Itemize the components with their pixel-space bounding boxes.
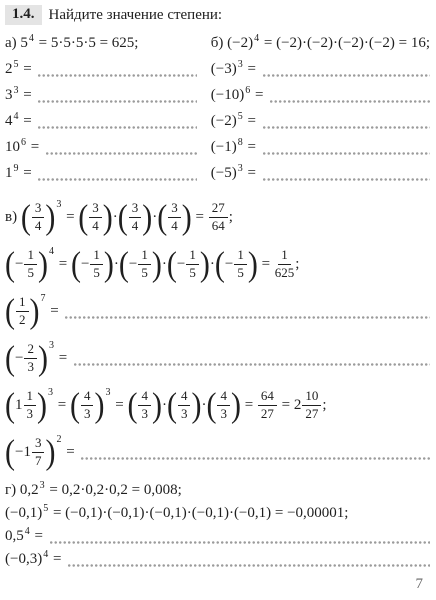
fraction-denominator: 5 xyxy=(237,265,244,281)
math-text: = xyxy=(55,256,71,273)
fraction-numerator: 4 xyxy=(81,389,94,406)
math-line: 0,54 = xyxy=(5,525,430,548)
math-text: − xyxy=(15,350,23,367)
big-paren-close: ) xyxy=(182,200,192,235)
big-paren-open: ( xyxy=(119,247,129,282)
math-text: = xyxy=(244,139,260,156)
fraction-denominator: 4 xyxy=(35,218,42,234)
exponent: 7 xyxy=(41,293,46,304)
fraction: 6427 xyxy=(258,389,277,421)
math-text: (−1) xyxy=(211,139,237,156)
math-text: = xyxy=(54,397,70,414)
answer-dots xyxy=(74,363,430,366)
exponent: 3 xyxy=(56,199,61,210)
exponent: 3 xyxy=(238,163,243,174)
math-text: = xyxy=(20,61,36,78)
exponent: 4 xyxy=(14,111,19,122)
math-text: = xyxy=(62,444,78,461)
big-paren-close: ) xyxy=(142,200,152,235)
exponent: 4 xyxy=(25,526,30,537)
fraction-numerator: 27 xyxy=(209,201,228,218)
exercise-title: Найдите значение степени: xyxy=(49,7,223,24)
math-text: = xyxy=(49,551,65,568)
math-text: ; xyxy=(229,209,233,226)
big-paren-open: ( xyxy=(5,247,15,282)
math-text: − xyxy=(129,256,137,273)
fraction-denominator: 5 xyxy=(141,265,148,281)
fraction-denominator: 625 xyxy=(275,265,295,281)
section-g: г) 0,23 = 0,2·0,2·0,2 = 0,008;(−0,1)5 = … xyxy=(5,479,430,571)
fraction-denominator: 3 xyxy=(27,359,34,375)
math-text: = 0,2·0,2·0,2 = 0,008; xyxy=(46,482,182,499)
answer-dots xyxy=(38,126,196,129)
big-paren-close: ) xyxy=(200,247,210,282)
fraction-denominator: 3 xyxy=(181,406,188,422)
math-line: 33 = xyxy=(5,82,197,108)
math-text: = (−0,1)·(−0,1)·(−0,1)·(−0,1)·(−0,1) = −… xyxy=(49,505,348,522)
math-text: ; xyxy=(295,256,299,273)
big-paren-open: ( xyxy=(167,247,177,282)
exponent: 3 xyxy=(40,480,45,491)
answer-dots xyxy=(68,564,430,567)
math-text: − xyxy=(177,256,185,273)
fraction-numerator: 4 xyxy=(138,389,151,406)
answer-dots xyxy=(263,152,430,155)
math-text: = 2 xyxy=(278,397,301,414)
fraction: 1625 xyxy=(275,248,295,280)
fraction-numerator: 1 xyxy=(90,248,103,265)
math-text: = 5·5·5·5 = 625; xyxy=(35,35,139,52)
math-text: 2 xyxy=(5,61,13,78)
fraction-numerator: 2 xyxy=(24,342,37,359)
math-text: 1 xyxy=(15,397,23,414)
fraction: 2764 xyxy=(209,201,228,233)
big-paren-close: ) xyxy=(248,247,258,282)
math-text: = xyxy=(244,61,260,78)
fraction-denominator: 5 xyxy=(27,265,34,281)
math-line: 44 = xyxy=(5,108,197,134)
fraction-denominator: 27 xyxy=(305,406,318,422)
exponent: 4 xyxy=(29,33,34,44)
page-footer: 7 xyxy=(416,576,424,593)
math-line: 106 = xyxy=(5,134,197,160)
big-paren-open: ( xyxy=(5,294,15,329)
big-paren-close: ) xyxy=(191,388,201,423)
fraction-denominator: 7 xyxy=(35,453,42,469)
fraction-denominator: 3 xyxy=(84,406,91,422)
fraction: 34 xyxy=(168,201,181,233)
math-line: (−1)8 = xyxy=(211,134,430,160)
fraction-numerator: 4 xyxy=(178,389,191,406)
answer-dots xyxy=(263,178,430,181)
math-text: = xyxy=(258,256,274,273)
big-paren-close: ) xyxy=(231,388,241,423)
fraction-numerator: 4 xyxy=(217,389,230,406)
exponent: 6 xyxy=(21,137,26,148)
fraction-numerator: 3 xyxy=(89,201,102,218)
math-text: (−2) xyxy=(211,113,237,130)
math-text: = xyxy=(244,113,260,130)
big-paren-open: ( xyxy=(215,247,225,282)
answer-dots xyxy=(46,152,197,155)
math-line: (−10)6 = xyxy=(211,82,430,108)
exponent: 3 xyxy=(48,387,53,398)
fraction-numerator: 10 xyxy=(302,389,321,406)
math-text: г) 0,2 xyxy=(5,482,39,499)
section-v: в) (34)3 = (34)·(34)·(34) = 2764;(−15)4 … xyxy=(5,194,430,476)
big-paren-open: ( xyxy=(70,388,80,423)
big-paren-close: ) xyxy=(30,294,40,329)
math-text: 10 xyxy=(5,139,20,156)
math-text: ; xyxy=(322,397,326,414)
big-paren-close: ) xyxy=(38,247,48,282)
big-paren-close: ) xyxy=(37,388,47,423)
answer-dots xyxy=(65,316,430,319)
fraction: 15 xyxy=(90,248,103,280)
fraction-numerator: 1 xyxy=(234,248,247,265)
fraction-numerator: 1 xyxy=(24,248,37,265)
exponent: 3 xyxy=(238,59,243,70)
big-paren-close: ) xyxy=(38,341,48,376)
fraction: 43 xyxy=(178,389,191,421)
fraction-numerator: 1 xyxy=(16,295,29,312)
math-text: − xyxy=(81,256,89,273)
exponent: 4 xyxy=(254,33,259,44)
big-paren-close: ) xyxy=(152,388,162,423)
math-text: = xyxy=(47,303,63,320)
fraction-denominator: 5 xyxy=(189,265,196,281)
fraction-numerator: 1 xyxy=(24,389,37,406)
big-paren-close: ) xyxy=(103,200,113,235)
math-text: = xyxy=(241,397,257,414)
fraction-denominator: 4 xyxy=(132,218,139,234)
math-text: (−3) xyxy=(211,61,237,78)
fraction-denominator: 2 xyxy=(19,312,26,328)
big-paren-close: ) xyxy=(104,247,114,282)
answer-dots xyxy=(263,74,430,77)
math-text: а) 5 xyxy=(5,35,28,52)
fraction-numerator: 3 xyxy=(168,201,181,218)
fraction-denominator: 5 xyxy=(93,265,100,281)
workbook-page: 1.4. Найдите значение степени: а) 54 = 5… xyxy=(0,0,436,600)
math-text: (−10) xyxy=(211,87,244,104)
answer-dots xyxy=(263,126,430,129)
big-paren-open: ( xyxy=(71,247,81,282)
fraction: 43 xyxy=(81,389,94,421)
big-paren-open: ( xyxy=(118,200,128,235)
big-paren-open: ( xyxy=(127,388,137,423)
answer-dots xyxy=(50,541,430,544)
page-number: 7 xyxy=(416,576,424,592)
fraction-denominator: 4 xyxy=(92,218,99,234)
math-line: (−0,1)5 = (−0,1)·(−0,1)·(−0,1)·(−0,1)·(−… xyxy=(5,502,430,525)
big-paren-open: ( xyxy=(5,341,15,376)
big-paren-open: ( xyxy=(5,388,15,423)
math-text: в) xyxy=(5,209,21,226)
fraction: 34 xyxy=(129,201,142,233)
math-text: б) (−2) xyxy=(211,35,253,52)
big-paren-open: ( xyxy=(157,200,167,235)
exercise-number-badge: 1.4. xyxy=(5,5,42,25)
big-paren-close: ) xyxy=(152,247,162,282)
fraction: 37 xyxy=(32,436,45,468)
fraction: 34 xyxy=(32,201,45,233)
big-paren-open: ( xyxy=(206,388,216,423)
exercise-header: 1.4. Найдите значение степени: xyxy=(5,5,430,25)
big-paren-close: ) xyxy=(45,435,55,470)
math-text: (−0,1) xyxy=(5,505,42,522)
math-line: (−0,3)4 = xyxy=(5,548,430,571)
big-paren-close: ) xyxy=(45,200,55,235)
math-line: (12)7 = xyxy=(5,288,430,335)
fraction: 43 xyxy=(138,389,151,421)
answer-dots xyxy=(38,178,196,181)
fraction: 43 xyxy=(217,389,230,421)
math-text: = xyxy=(20,87,36,104)
fraction-numerator: 3 xyxy=(129,201,142,218)
exponent: 6 xyxy=(245,85,250,96)
exponent: 3 xyxy=(14,85,19,96)
exponent: 8 xyxy=(238,137,243,148)
math-text: = xyxy=(192,209,208,226)
math-text: 4 xyxy=(5,113,13,130)
exponent: 3 xyxy=(105,387,110,398)
big-paren-close: ) xyxy=(94,388,104,423)
math-text: = xyxy=(62,209,78,226)
answer-dots xyxy=(270,100,430,103)
math-text: (−5) xyxy=(211,165,237,182)
fraction: 15 xyxy=(24,248,37,280)
math-line: а) 54 = 5·5·5·5 = 625; xyxy=(5,30,197,56)
fraction-numerator: 1 xyxy=(138,248,151,265)
math-text: = xyxy=(27,139,43,156)
math-text: = xyxy=(244,165,260,182)
fraction: 1027 xyxy=(302,389,321,421)
math-line: г) 0,23 = 0,2·0,2·0,2 = 0,008; xyxy=(5,479,430,502)
math-text: = xyxy=(20,165,36,182)
math-text: = xyxy=(20,113,36,130)
math-text: −1 xyxy=(15,444,31,461)
answer-dots xyxy=(38,74,196,77)
math-text: = xyxy=(55,350,71,367)
fraction-numerator: 3 xyxy=(32,201,45,218)
math-text: = xyxy=(111,397,127,414)
fraction-numerator: 1 xyxy=(186,248,199,265)
math-text: 0,5 xyxy=(5,528,24,545)
math-line: б) (−2)4 = (−2)·(−2)·(−2)·(−2) = 16; xyxy=(211,30,430,56)
math-line: (113)3 = (43)3 = (43)·(43)·(43) = 6427 =… xyxy=(5,382,430,429)
math-text: = (−2)·(−2)·(−2)·(−2) = 16; xyxy=(260,35,430,52)
math-line: (−23)3 = xyxy=(5,335,430,382)
fraction-numerator: 3 xyxy=(32,436,45,453)
fraction-denominator: 27 xyxy=(261,406,274,422)
fraction-numerator: 1 xyxy=(278,248,291,265)
math-text: = xyxy=(251,87,267,104)
fraction: 15 xyxy=(186,248,199,280)
big-paren-open: ( xyxy=(21,200,31,235)
math-text: = xyxy=(31,528,47,545)
fraction-denominator: 3 xyxy=(27,406,34,422)
exponent: 5 xyxy=(43,503,48,514)
math-line: (−3)3 = xyxy=(211,56,430,82)
exponent: 3 xyxy=(49,340,54,351)
big-paren-open: ( xyxy=(5,435,15,470)
fraction-denominator: 3 xyxy=(220,406,227,422)
math-text: (−0,3) xyxy=(5,551,42,568)
fraction-numerator: 64 xyxy=(258,389,277,406)
math-line: (−137)2 = xyxy=(5,429,430,476)
answer-dots xyxy=(81,457,430,460)
fraction: 23 xyxy=(24,342,37,374)
fraction-denominator: 64 xyxy=(212,218,225,234)
big-paren-open: ( xyxy=(167,388,177,423)
exponent: 4 xyxy=(43,549,48,560)
fraction: 12 xyxy=(16,295,29,327)
math-text: 1 xyxy=(5,165,13,182)
exponent: 5 xyxy=(238,111,243,122)
fraction-denominator: 4 xyxy=(171,218,178,234)
answer-dots xyxy=(38,100,196,103)
exponent: 5 xyxy=(14,59,19,70)
big-paren-open: ( xyxy=(78,200,88,235)
fraction: 13 xyxy=(24,389,37,421)
fraction: 15 xyxy=(138,248,151,280)
math-line: (−15)4 = (−15)·(−15)·(−15)·(−15) = 1625; xyxy=(5,241,430,288)
math-line: 25 = xyxy=(5,56,197,82)
math-text: − xyxy=(225,256,233,273)
exponent: 2 xyxy=(56,434,61,445)
math-line: (−5)3 = xyxy=(211,160,430,186)
math-text: − xyxy=(15,256,23,273)
exponent: 9 xyxy=(14,163,19,174)
fraction: 15 xyxy=(234,248,247,280)
math-line: 19 = xyxy=(5,160,197,186)
fraction: 34 xyxy=(89,201,102,233)
section-ab: а) 54 = 5·5·5·5 = 625;б) (−2)4 = (−2)·(−… xyxy=(5,30,430,186)
math-line: в) (34)3 = (34)·(34)·(34) = 2764; xyxy=(5,194,430,241)
exponent: 4 xyxy=(49,246,54,257)
math-line: (−2)5 = xyxy=(211,108,430,134)
math-text: 3 xyxy=(5,87,13,104)
fraction-denominator: 3 xyxy=(141,406,148,422)
